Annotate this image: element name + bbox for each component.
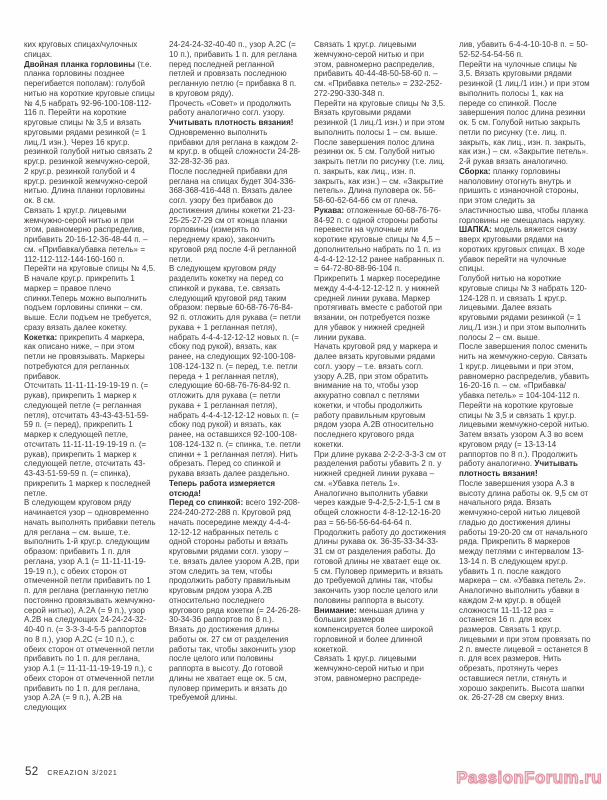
paragraph: ШАПКА: модель вяжется снизу вверх кругов… [459,225,591,274]
bold-text-run: Перед со спинкой: [169,498,243,507]
paragraph: Двойная планка горловины (т.е. планка го… [24,60,156,206]
paragraph: ких круговых спицах/чулочных спицах. [24,40,156,60]
page-footer: 52 CREAZION 3/2021 [25,766,117,778]
paragraph: Прочесть «Совет» и продолжить работу ана… [169,99,301,167]
paragraph: Связать 1 круг.р. лицевыми жемчужно-серо… [24,206,156,265]
paragraph: Перейти на чулочные спицы № 3,5. Вязать … [459,60,591,167]
paragraph: 24-24-24-32-40-40 п., узор А.2С (= 10 п.… [169,40,301,99]
paragraph: Кокетка: прикрепить 4 маркера, как описа… [24,333,156,382]
text-run: всего 192-208-224-240-272-288 п. Кругово… [169,498,301,624]
text-run: Связать 1 круг.р. лицевыми жемчужно-серо… [314,40,442,98]
bold-text-run: ШАПКА: [459,225,492,234]
paragraph: При длине рукава 2-2-2-3-3-3 см от разде… [314,450,446,528]
paragraph: В следующем круговом ряду начинается узо… [24,498,156,713]
text-column: Связать 1 круг.р. лицевыми жемчужно-серо… [314,40,446,767]
text-run: Вязать до достижения длины работы ок. 27… [169,625,296,702]
text-run: После последней прибавки для реглана на … [169,167,296,264]
bold-text-run: Рукава: [314,206,344,215]
bold-text-run: Сборка: [459,167,491,176]
paragraph: После завершения узора А.3 в высоту длин… [459,479,591,703]
text-run: Прикрепить 1 маркер посередине между 4-4… [314,274,442,342]
paragraph: Связать 1 круг.р. лицевыми жемчужно-серо… [314,654,446,683]
text-run: Связать 1 круг.р. лицевыми жемчужно-серо… [24,206,148,264]
text-run: При длине рукава 2-2-2-3-3-3 см от разде… [314,450,446,527]
text-run: Одновременно выполнить прибавки для регл… [169,128,301,166]
text-run: Начать круговой ряд у маркера и далее вя… [314,342,438,449]
text-run: отложенные 60-68-76-76-84-92 п. с одной … [314,206,444,274]
bold-text-run: Внимание: [314,606,357,615]
paragraph: Перейти на круговые спицы № 3,5. Вязать … [314,99,446,206]
text-run: ких круговых спицах/чулочных спицах. [24,40,137,59]
paragraph: Перейти на короткие круговые спицы № 3,5… [459,401,591,479]
bold-text-run: Кокетка: [24,333,57,342]
text-run: После завершения узора А.3 в высоту длин… [459,479,591,703]
text-run: Связать 1 круг.р. лицевыми жемчужно-серо… [314,654,424,683]
paragraph: Сборка: планку горловины наполовину отог… [459,167,591,226]
watermark-passionforum: PassionForum.ru [456,768,602,788]
paragraph: Голубой нитью на короткие круговые спицы… [459,274,591,342]
text-column: 24-24-24-32-40-40 п., узор А.2С (= 10 п.… [169,40,301,767]
paragraph: После завершения полос сменить нить на ж… [459,342,591,401]
paragraph: Связать 1 круг.р. лицевыми жемчужно-серо… [314,40,446,99]
paragraph: Отсчитать 11-11-11-19-19-19 п. (= рукав)… [24,381,156,498]
paragraph: После последней прибавки для реглана на … [169,167,301,265]
magazine-page: ких круговых спицах/чулочных спицах.Двой… [0,0,607,800]
paragraph: Вязать до достижения длины работы ок. 27… [169,625,301,703]
text-run: В следующем круговом ряду начинается узо… [24,498,156,712]
bold-text-run: Двойная планка горловины [24,60,135,69]
text-run: Перейти на круговые спицы № 4,5. В начал… [24,264,155,332]
text-column: лив, убавить 6-4-4-10-10-8 п. = 50-52-52… [459,40,591,767]
paragraph: Рукава: отложенные 60-68-76-76-84-92 п. … [314,206,446,274]
text-run: Перейти на короткие круговые спицы № 3,5… [459,401,589,469]
text-run: Отсчитать 11-11-11-19-19-19 п. (= рукав)… [24,381,151,497]
paragraph: Продолжить работу до достижения длины ру… [314,528,446,655]
text-run: Перейти на чулочные спицы № 3,5. Вязать … [459,60,590,167]
paragraph: Перед со спинкой: всего 192-208-224-240-… [169,498,301,625]
text-run: Продолжить работу до достижения длины ру… [314,528,446,605]
page-number: 52 [25,766,38,778]
text-run: лив, убавить 6-4-4-10-10-8 п. = 50-52-52… [459,40,588,59]
article-text: ких круговых спицах/чулочных спицах.Двой… [24,40,591,767]
text-run: 24-24-24-32-40-40 п., узор А.2С (= 10 п.… [169,40,297,98]
text-run: Голубой нитью на короткие круговые спицы… [459,274,587,342]
paragraph: Прикрепить 1 маркер посередине между 4-4… [314,274,446,342]
paragraph: Перейти на круговые спицы № 4,5. В начал… [24,264,156,332]
text-column: ких круговых спицах/чулочных спицах.Двой… [24,40,156,767]
paragraph: лив, убавить 6-4-4-10-10-8 п. = 50-52-52… [459,40,591,60]
text-run: Перейти на круговые спицы № 3,5. Вязать … [314,99,445,206]
paragraph: Начать круговой ряд у маркера и далее вя… [314,342,446,449]
bold-text-run: Учитывать плотность вязания! [169,118,293,127]
text-run: После завершения полос сменить нить на ж… [459,342,589,400]
text-run: В следующем круговом ряду разделить коке… [169,264,301,478]
paragraph: В следующем круговом ряду разделить коке… [169,264,301,498]
magazine-title: CREAZION 3/2021 [47,770,117,777]
text-run: (т.е. планка горловины позднее перегибае… [24,60,155,206]
bold-text-run: Теперь работа измеряется отсюда! [169,479,275,498]
text-run: Прочесть «Совет» и продолжить работу ана… [169,99,291,118]
